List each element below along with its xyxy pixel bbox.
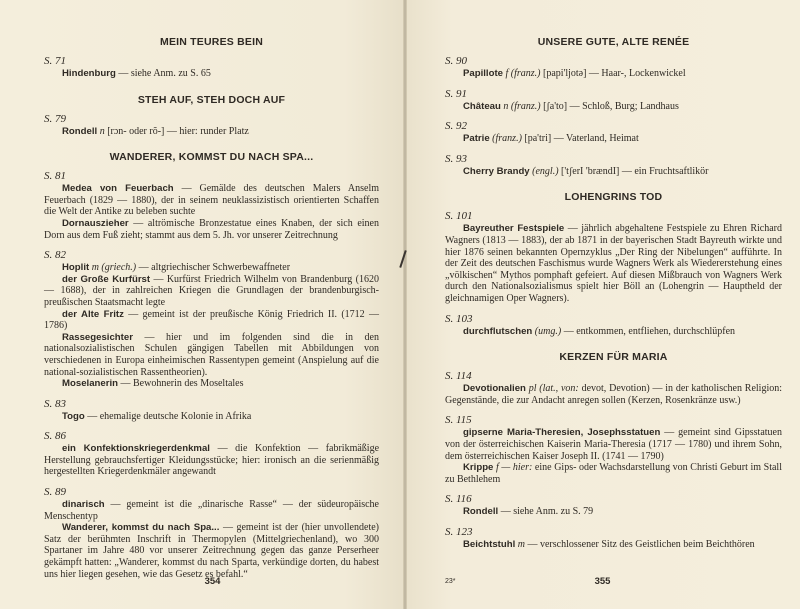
entry-term: Bayreuther Festspiele xyxy=(463,223,564,234)
page-reference-group: S. 114Devotionalien pl (lat., von: devot… xyxy=(445,370,782,406)
page-reference: S. 89 xyxy=(44,486,379,498)
entry-term: Devotionalien xyxy=(463,383,526,394)
page-reference: S. 103 xyxy=(445,313,782,325)
glossary-entry: Moselanerin — Bewohnerin des Moseltales xyxy=(44,378,379,390)
page-reference-group: S. 82Hoplit m (griech.) — altgriechische… xyxy=(44,249,379,390)
entry-definition: — jährlich abgehaltene Festspiele zu Ehr… xyxy=(445,223,782,304)
glossary-entry: Rondell n [rɔn- oder rõ-] — hier: runder… xyxy=(44,126,379,138)
glossary-entry: der Alte Fritz — gemeint ist der preußis… xyxy=(44,309,379,332)
entry-definition: [papi'ljotə] — Haar-, Lockenwickel xyxy=(540,68,685,79)
entry-definition: — entkommen, entfliehen, durchschlüpfen xyxy=(561,326,735,337)
entry-term: Rassegesichter xyxy=(62,332,133,343)
page-reference: S. 83 xyxy=(44,398,379,410)
page-reference-group: S. 81Medea von Feuerbach — Gemälde des d… xyxy=(44,170,379,241)
section-title: WANDERER, KOMMST DU NACH SPA... xyxy=(44,151,379,163)
glossary-entry: Krippe f — hier: eine Gips- oder Wachsda… xyxy=(445,462,782,485)
entry-term: Krippe xyxy=(463,462,493,473)
glossary-entry: Cherry Brandy (engl.) ['tʃerI 'brændI] —… xyxy=(445,166,782,178)
page-number: 355 xyxy=(405,576,800,587)
printer-signature: 23* xyxy=(445,578,456,585)
entry-term: Rondell xyxy=(463,506,498,517)
page-reference: S. 115 xyxy=(445,414,782,426)
entry-term: Medea von Feuerbach xyxy=(62,183,174,194)
glossary-entry: Medea von Feuerbach — Gemälde des deutsc… xyxy=(44,183,379,218)
entry-term: Wanderer, kommst du nach Spa... xyxy=(62,522,219,533)
glossary-entry: dinarisch — gemeint ist die „dinarische … xyxy=(44,499,379,522)
section-title: KERZEN FÜR MARIA xyxy=(445,351,782,363)
glossary-entry: Wanderer, kommst du nach Spa... — gemein… xyxy=(44,522,379,580)
page-reference-group: S. 123Beichtstuhl m — verschlossener Sit… xyxy=(445,526,782,551)
book-spread: MEIN TEURES BEINS. 71Hindenburg — siehe … xyxy=(0,0,800,609)
entry-definition: — Bewohnerin des Moseltales xyxy=(118,378,244,389)
entry-definition: — siehe Anm. zu S. 65 xyxy=(116,68,211,79)
entry-definition: ['tʃerI 'brændI] — ein Fruchtsaftlikör xyxy=(559,166,709,177)
glossary-entry: Bayreuther Festspiele — jährlich abgehal… xyxy=(445,223,782,304)
entry-grammar: f (franz.) xyxy=(503,68,541,79)
glossary-entry: Hoplit m (griech.) — altgriechischer Sch… xyxy=(44,262,379,274)
entry-grammar: f — hier: xyxy=(493,462,532,473)
page-reference: S. 116 xyxy=(445,493,782,505)
entry-term: Château xyxy=(463,101,501,112)
entry-definition: [ʃa'to] — Schloß, Burg; Landhaus xyxy=(541,101,679,112)
glossary-entry: Dornauszieher — altrömische Bronzestatue… xyxy=(44,218,379,241)
left-page: MEIN TEURES BEINS. 71Hindenburg — siehe … xyxy=(0,0,405,609)
glossary-entry: Hindenburg — siehe Anm. zu S. 65 xyxy=(44,68,379,80)
glossary-entry: gipserne Maria-Theresien, Josephsstatuen… xyxy=(445,427,782,462)
glossary-entry: Togo — ehemalige deutsche Kolonie in Afr… xyxy=(44,411,379,423)
entry-grammar: n xyxy=(97,126,105,137)
page-reference: S. 101 xyxy=(445,210,782,222)
entry-grammar: (engl.) xyxy=(530,166,559,177)
entry-definition: — altgriechischer Schwerbewaffneter xyxy=(136,262,290,273)
glossary-entry: Rassegesichter — hier und im folgenden s… xyxy=(44,332,379,378)
entry-grammar: (umg.) xyxy=(532,326,561,337)
entry-grammar: m xyxy=(515,539,525,550)
page-number: 354 xyxy=(20,576,405,587)
entry-grammar: n (franz.) xyxy=(501,101,541,112)
page-reference-group: S. 86ein Konfektionskriegerdenkmal — die… xyxy=(44,430,379,478)
page-reference: S. 81 xyxy=(44,170,379,182)
entry-term: Cherry Brandy xyxy=(463,166,530,177)
section-title: MEIN TEURES BEIN xyxy=(44,36,379,48)
page-reference: S. 82 xyxy=(44,249,379,261)
entry-term: der Große Kurfürst xyxy=(62,274,150,285)
page-reference: S. 92 xyxy=(445,120,782,132)
entry-definition: — verschlossener Sitz des Geistlichen be… xyxy=(525,539,755,550)
glossary-entry: Château n (franz.) [ʃa'to] — Schloß, Bur… xyxy=(445,101,782,113)
page-reference: S. 90 xyxy=(445,55,782,67)
right-page: UNSERE GUTE, ALTE RENÉES. 90Papillote f … xyxy=(405,0,800,609)
page-reference-group: S. 83Togo — ehemalige deutsche Kolonie i… xyxy=(44,398,379,423)
glossary-entry: ein Konfektionskriegerdenkmal — die Konf… xyxy=(44,443,379,478)
entry-term: Rondell xyxy=(62,126,97,137)
entry-term: Beichtstuhl xyxy=(463,539,515,550)
entry-term: ein Konfektionskriegerdenkmal xyxy=(62,443,210,454)
entry-term: der Alte Fritz xyxy=(62,309,124,320)
page-reference-group: S. 90Papillote f (franz.) [papi'ljotə] —… xyxy=(445,55,782,80)
entry-term: Hoplit xyxy=(62,262,89,273)
entry-definition: — ehemalige deutsche Kolonie in Afrika xyxy=(85,411,252,422)
book-gutter xyxy=(403,0,407,609)
glossary-entry: Beichtstuhl m — verschlossener Sitz des … xyxy=(445,539,782,551)
page-reference-group: S. 116Rondell — siehe Anm. zu S. 79 xyxy=(445,493,782,518)
entry-grammar: pl (lat., von: xyxy=(526,383,579,394)
page-reference: S. 71 xyxy=(44,55,379,67)
glossary-entry: Patrie (franz.) [pa'tri] — Vaterland, He… xyxy=(445,133,782,145)
entry-term: Moselanerin xyxy=(62,378,118,389)
entry-term: Togo xyxy=(62,411,85,422)
page-reference-group: S. 115gipserne Maria-Theresien, Josephss… xyxy=(445,414,782,485)
page-reference: S. 86 xyxy=(44,430,379,442)
entry-definition: — siehe Anm. zu S. 79 xyxy=(498,506,593,517)
page-reference-group: S. 93Cherry Brandy (engl.) ['tʃerI 'bræn… xyxy=(445,153,782,178)
entry-grammar: (franz.) xyxy=(490,133,522,144)
page-reference: S. 123 xyxy=(445,526,782,538)
page-reference-group: S. 92Patrie (franz.) [pa'tri] — Vaterlan… xyxy=(445,120,782,145)
page-reference-group: S. 91Château n (franz.) [ʃa'to] — Schloß… xyxy=(445,88,782,113)
glossary-entry: Devotionalien pl (lat., von: devot, Devo… xyxy=(445,383,782,406)
entry-term: dinarisch xyxy=(62,499,105,510)
section-title: STEH AUF, STEH DOCH AUF xyxy=(44,94,379,106)
page-reference-group: S. 71Hindenburg — siehe Anm. zu S. 65 xyxy=(44,55,379,80)
page-reference: S. 114 xyxy=(445,370,782,382)
glossary-entry: durchflutschen (umg.) — entkommen, entfl… xyxy=(445,326,782,338)
page-reference: S. 79 xyxy=(44,113,379,125)
entry-term: Patrie xyxy=(463,133,490,144)
entry-term: durchflutschen xyxy=(463,326,532,337)
entry-term: Papillote xyxy=(463,68,503,79)
glossary-entry: der Große Kurfürst — Kurfürst Friedrich … xyxy=(44,274,379,309)
entry-grammar: m (griech.) xyxy=(89,262,136,273)
entry-definition: [rɔn- oder rõ-] — hier: runder Platz xyxy=(105,126,249,137)
entry-definition: [pa'tri] — Vaterland, Heimat xyxy=(522,133,639,144)
page-reference-group: S. 89dinarisch — gemeint ist die „dinari… xyxy=(44,486,379,580)
section-title: LOHENGRINS TOD xyxy=(445,191,782,203)
entry-term: Dornauszieher xyxy=(62,218,129,229)
page-reference-group: S. 79Rondell n [rɔn- oder rõ-] — hier: r… xyxy=(44,113,379,138)
section-title: UNSERE GUTE, ALTE RENÉE xyxy=(445,36,782,48)
glossary-entry: Papillote f (franz.) [papi'ljotə] — Haar… xyxy=(445,68,782,80)
entry-term: Hindenburg xyxy=(62,68,116,79)
page-reference-group: S. 103durchflutschen (umg.) — entkommen,… xyxy=(445,313,782,338)
page-reference: S. 93 xyxy=(445,153,782,165)
glossary-entry: Rondell — siehe Anm. zu S. 79 xyxy=(445,506,782,518)
page-reference-group: S. 101Bayreuther Festspiele — jährlich a… xyxy=(445,210,782,304)
page-reference: S. 91 xyxy=(445,88,782,100)
entry-term: gipserne Maria-Theresien, Josephsstatuen xyxy=(463,427,660,438)
